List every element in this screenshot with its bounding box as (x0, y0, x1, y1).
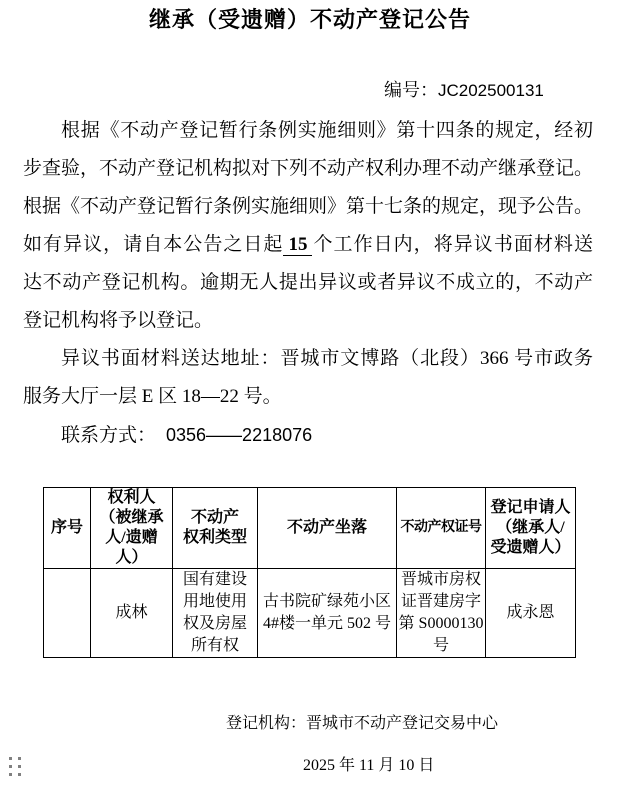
property-table: 序号 权利人 （被继承 人/遗赠 人） 不动产 权利类型 不动产坐落 不动产权证… (43, 487, 576, 658)
header-right-type: 不动产 权利类型 (173, 488, 258, 569)
cell-seq (44, 569, 91, 658)
body-line-3: 根据《不动产登记暂行条例实施细则》第十七条的规定，现予公告。 (23, 188, 593, 226)
contact-line: 联系方式：0356——2218076 (23, 416, 593, 455)
agency-name: 晋城市不动产登记交易中心 (306, 715, 498, 732)
drag-handle-icon[interactable] (9, 757, 21, 776)
objection-days-value: 15 (283, 234, 312, 256)
body-line-8: 服务大厅一层 E 区 18—22 号。 (23, 378, 593, 416)
cell-location: 古书院矿绿苑小区 4#楼一单元 502 号 (258, 569, 397, 658)
cell-right-type: 国有建设 用地使用 权及房屋 所有权 (173, 569, 258, 658)
table-header-row: 序号 权利人 （被继承 人/遗赠 人） 不动产 权利类型 不动产坐落 不动产权证… (44, 488, 576, 569)
header-applicant: 登记申请人 （继承人/ 受遗赠人） (486, 488, 576, 569)
body-line-5: 达不动产登记机构。逾期无人提出异议或者异议不成立的，不动产 (23, 264, 593, 302)
notice-body: 根据《不动产登记暂行条例实施细则》第十四条的规定，经初 步查验，不动产登记机构拟… (23, 112, 593, 455)
cell-applicant: 成永恩 (486, 569, 576, 658)
body-line-2: 步查验，不动产登记机构拟对下列不动产权利办理不动产继承登记。 (23, 150, 593, 188)
document-number-value: JC202500131 (438, 81, 544, 100)
body-line-1: 根据《不动产登记暂行条例实施细则》第十四条的规定，经初 (23, 112, 593, 150)
notice-date: 2025 年 11 月 10 日 (303, 754, 434, 778)
table-row: 成林 国有建设 用地使用 权及房屋 所有权 古书院矿绿苑小区 4#楼一单元 50… (44, 569, 576, 658)
body-line-6: 登记机构将予以登记。 (23, 302, 593, 340)
notice-document: 继承（受遗赠）不动产登记公告 编号：JC202500131 根据《不动产登记暂行… (0, 0, 620, 798)
header-location: 不动产坐落 (258, 488, 397, 569)
body-line-4: 如有异议，请自本公告之日起15个工作日内，将异议书面材料送 (23, 226, 593, 264)
contact-phone: 0356——2218076 (166, 425, 312, 445)
body-line-7: 异议书面材料送达地址：晋城市文博路（北段）366 号市政务 (23, 340, 593, 378)
document-number: 编号：JC202500131 (384, 78, 544, 103)
agency-label: 登记机构： (226, 715, 306, 732)
registration-agency: 登记机构：晋城市不动产登记交易中心 (226, 712, 498, 736)
body-line-4-post: 个工作日内，将异议书面材料送 (312, 234, 593, 255)
body-line-4-pre: 如有异议，请自本公告之日起 (23, 234, 283, 255)
cell-cert-no: 晋城市房权 证晋建房字 第 S0000130 号 (397, 569, 486, 658)
cell-holder: 成林 (91, 569, 173, 658)
contact-label: 联系方式： (61, 425, 156, 446)
header-seq: 序号 (44, 488, 91, 569)
header-cert-no: 不动产权证号 (397, 488, 486, 569)
header-holder: 权利人 （被继承 人/遗赠 人） (91, 488, 173, 569)
document-number-label: 编号： (384, 80, 438, 100)
document-title: 继承（受遗赠）不动产登记公告 (0, 5, 620, 35)
